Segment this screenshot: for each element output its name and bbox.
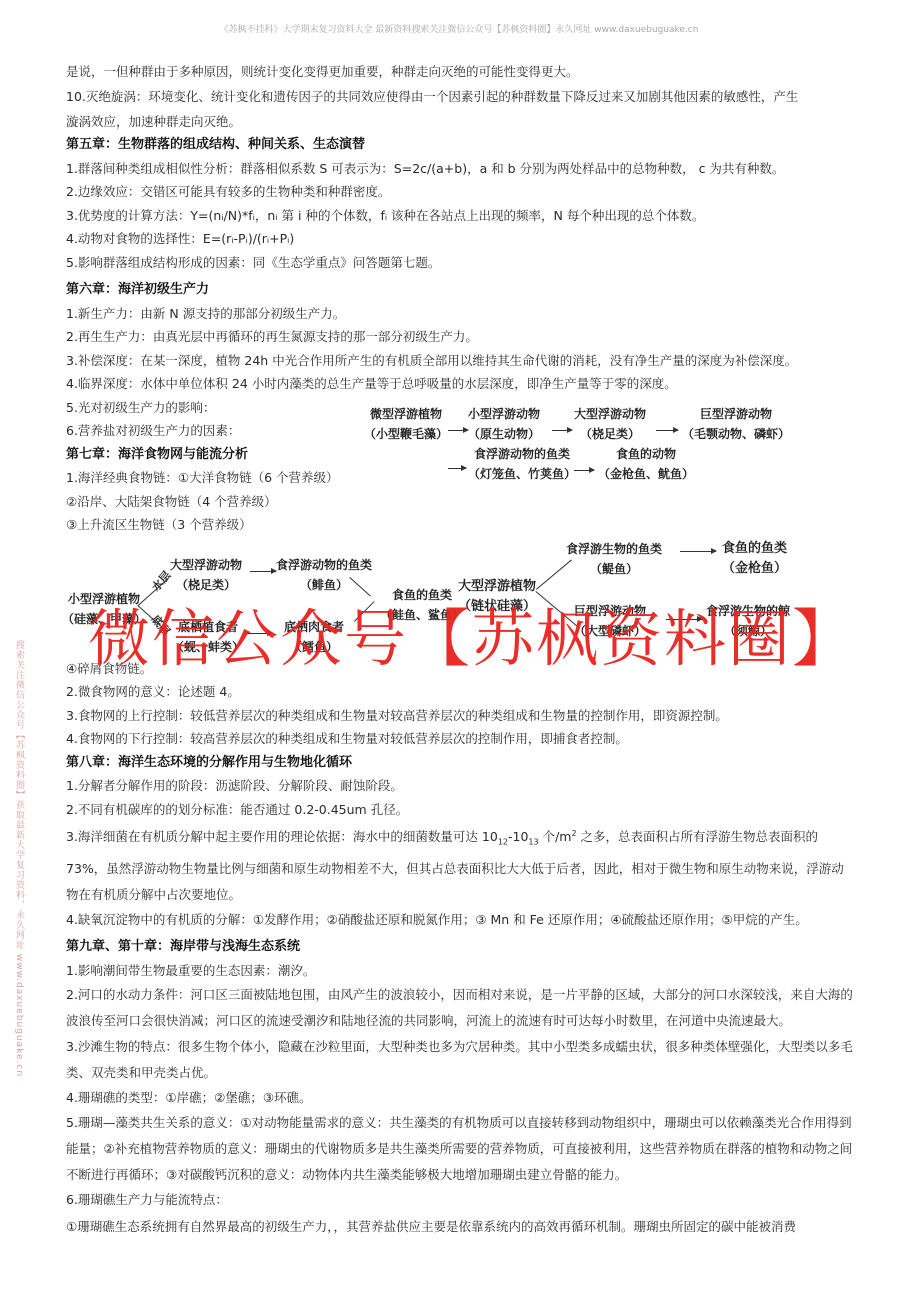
chapter7-item-microfoodweb: 2.微食物网的意义：论述题 4。 (66, 680, 856, 704)
node-name: 巨型浮游动物 (682, 404, 790, 424)
diagram-node-small-zooplankton: 小型浮游动物 （原生动物） (468, 404, 540, 444)
chapter8-item-1: 1.分解者分解作用的阶段：沥滤阶段、分解阶段、耐蚀阶段。 (66, 774, 856, 798)
node-sub: （原生动物） (468, 424, 540, 444)
side-banner: 搜索关注微信公众号【苏枫资料圈】获取最新大学复习资料，永久网址 www.daxu… (12, 640, 26, 1077)
chapter9-item-6: 6.珊瑚礁生产力与能流特点： (66, 1188, 856, 1212)
chapter8-item-4: 4.缺氧沉淀物中的有机质的分解：①发酵作用；②硝酸盐还原和脱氮作用；③ Mn 和… (66, 908, 856, 932)
text: 个/m (539, 829, 572, 844)
arrow-right (680, 551, 716, 552)
node-sub: （鳀鱼） (566, 559, 662, 579)
diagram-node-planktivorous-fish: 食浮游生物的鱼类 （鳀鱼） (566, 539, 662, 579)
arrow-right (448, 468, 466, 469)
node-name: 大型浮游动物 (170, 555, 242, 575)
diagram-node-tuna: 食鱼的鱼类 （金枪鱼） (722, 539, 787, 579)
chapter7-item-bottom-up: 3.食物网的上行控制：较低营养层次的种类组成和生物量对较高营养层次的种类组成和生… (66, 704, 856, 728)
exponent: 12 (498, 838, 508, 847)
node-name: 食浮游动物的鱼类 (276, 555, 372, 575)
chapter9-item-2: 2.河口的水动力条件：河口区三面被陆地包围，由风产生的波浪较小，因而相对来说，是… (66, 982, 856, 1034)
chapter5-item-3: 3.优势度的计算方法：Y=(nᵢ/N)*fᵢ，nᵢ 第 i 种的个体数，fᵢ 该… (66, 204, 856, 228)
node-name: 大型浮游植物 (458, 577, 536, 597)
text: -10 (508, 829, 528, 844)
arrow-right (250, 571, 276, 572)
chapter5-item-5: 5.影响群落组成结构形成的因素：同《生态学重点》问答题第七题。 (66, 251, 856, 275)
chapter5-item-4: 4.动物对食物的选择性：E=(rᵢ-Pᵢ)/(rᵢ+Pᵢ) (66, 227, 856, 251)
chapter5-title: 第五章：生物群落的组成结构、种间关系、生态演替 (66, 133, 856, 157)
chapter6-item-1: 1.新生产力：由新 N 源支持的那部分初级生产力。 (66, 302, 856, 326)
node-name: 食浮游生物的鱼类 (566, 539, 662, 559)
exponent: 13 (528, 838, 538, 847)
node-name: 食鱼的动物 (598, 444, 694, 464)
diagram-node-lanternfish: 食浮游动物的鱼类 （灯笼鱼、竹荚鱼） (468, 444, 576, 484)
arrow-right (448, 430, 468, 431)
diagram-node-fish-eaters: 食鱼的动物 （金枪鱼、鱿鱼） (598, 444, 694, 484)
chapter9-item-3: 3.沙滩生物的特点：很多生物个体小，隐藏在沙粒里面，大型种类也多为穴居种类。其中… (66, 1034, 856, 1086)
chapter7-item-3: ③上升流区生物链（3 个营养级） (66, 513, 856, 537)
text: 3.海洋细菌在有机质分解中起主要作用的理论依据：海水中的细菌数量可达 10 (66, 829, 498, 844)
chapter9-title: 第九章、第十章：海岸带与浅海生态系统 (66, 935, 856, 959)
diagram-node-zooplanktivorous-fish: 食浮游动物的鱼类 （鲱鱼） (276, 555, 372, 595)
arrow-right (552, 430, 572, 431)
chapter6-item-3: 3.补偿深度：在某一深度，植物 24h 中光合作用所产生的有机质全部用以维持其生… (66, 349, 856, 373)
page-header-banner: 《苏枫不挂科》大学期末复习资料大全 最新资料搜索关注微信公众号【苏枫资料圈】永久… (0, 22, 918, 35)
food-chain-diagram-oceanic: 微型浮游植物 （小型鞭毛藻） 小型浮游动物 （原生动物） 大型浮游动物 （桡足类… (364, 404, 864, 484)
chapter5-item-1: 1.群落间种类组成相似性分析：群落相似系数 S 可表示为：S=2c/(a+b)，… (66, 157, 856, 181)
node-name: 微型浮游植物 (364, 404, 448, 424)
node-name: 小型浮游动物 (468, 404, 540, 424)
chapter8-title: 第八章：海洋生态环境的分解作用与生物地化循环 (66, 751, 856, 775)
diagram-node-mega-zooplankton: 巨型浮游动物 （毛颚动物、磷虾） (682, 404, 790, 444)
chapter9-item-6-1: ①珊瑚礁生态系统拥有自然界最高的初级生产力，，其营养盐供应主要是依靠系统内的高效… (66, 1215, 856, 1239)
chapter6-item-4: 4.临界深度：水体中单位体积 24 小时内藻类的总生产量等于总呼吸量的水层深度，… (66, 372, 856, 396)
diagram-node-micro-phytoplankton: 微型浮游植物 （小型鞭毛藻） (364, 404, 448, 444)
chapter7-item-top-down: 4.食物网的下行控制：较高营养层次的种类组成和生物量对较低营养层次的控制作用，即… (66, 727, 856, 751)
chapter8-item-2: 2.不同有机碳库的的划分标准：能否通过 0.2-0.45um 孔径。 (66, 798, 856, 822)
arrow-right (656, 430, 678, 431)
node-sub: （灯笼鱼、竹荚鱼） (468, 464, 576, 484)
chapter7-item-2: ②沿岸、大陆架食物链（4 个营养级） (66, 490, 856, 514)
chapter8-item-3: 3.海洋细菌在有机质分解中起主要作用的理论依据：海水中的细菌数量可达 1012-… (66, 821, 856, 908)
chapter9-item-1: 1.影响潮间带生物最重要的生态因素：潮汐。 (66, 959, 856, 983)
chapter6-title: 第六章：海洋初级生产力 (66, 278, 856, 302)
node-sub: （桡足类） (170, 575, 242, 595)
intro-line-3: 漩涡效应，加速种群走向灭绝。 (66, 110, 856, 134)
intro-line-2: 10.灭绝旋涡：环境变化、统计变化和遗传因子的共同效应使得由一个因素引起的种群数… (66, 84, 856, 110)
node-name: 食浮游动物的鱼类 (468, 444, 576, 464)
node-sub: （毛颚动物、磷虾） (682, 424, 790, 444)
chapter9-item-5: 5.珊瑚—藻类共生关系的意义：①对动物能量需求的意义：共生藻类的有机物质可以直接… (66, 1110, 856, 1188)
node-sub: （小型鞭毛藻） (364, 424, 448, 444)
watermark-overlay: 微信公众号【苏枫资料圈】 (88, 604, 856, 674)
chapter6-item-2: 2.再生生产力：由真光层中再循环的再生氮源支持的那一部分初级生产力。 (66, 325, 856, 349)
chapter5-item-2: 2.边缘效应：交错区可能具有较多的生物种类和种群密度。 (66, 180, 856, 204)
node-sub: （桡足类） (574, 424, 646, 444)
node-sub: （金枪鱼） (722, 559, 787, 579)
diagram-node-large-zooplankton-ocean: 大型浮游动物 （桡足类） (574, 404, 646, 444)
node-sub: （金枪鱼、鱿鱼） (598, 464, 694, 484)
diagram-node-large-zooplankton: 大型浮游动物 （桡足类） (170, 555, 242, 595)
node-name: 食鱼的鱼类 (722, 539, 787, 559)
arrow-right (574, 470, 594, 471)
intro-line-1: 是说，一但种群由于多种原因，则统计变化变得更加重要，种群走向灭绝的可能性变得更大… (66, 60, 856, 84)
node-name: 大型浮游动物 (574, 404, 646, 424)
chapter9-item-4: 4.珊瑚礁的类型：①岸礁；②堡礁；③环礁。 (66, 1086, 856, 1110)
